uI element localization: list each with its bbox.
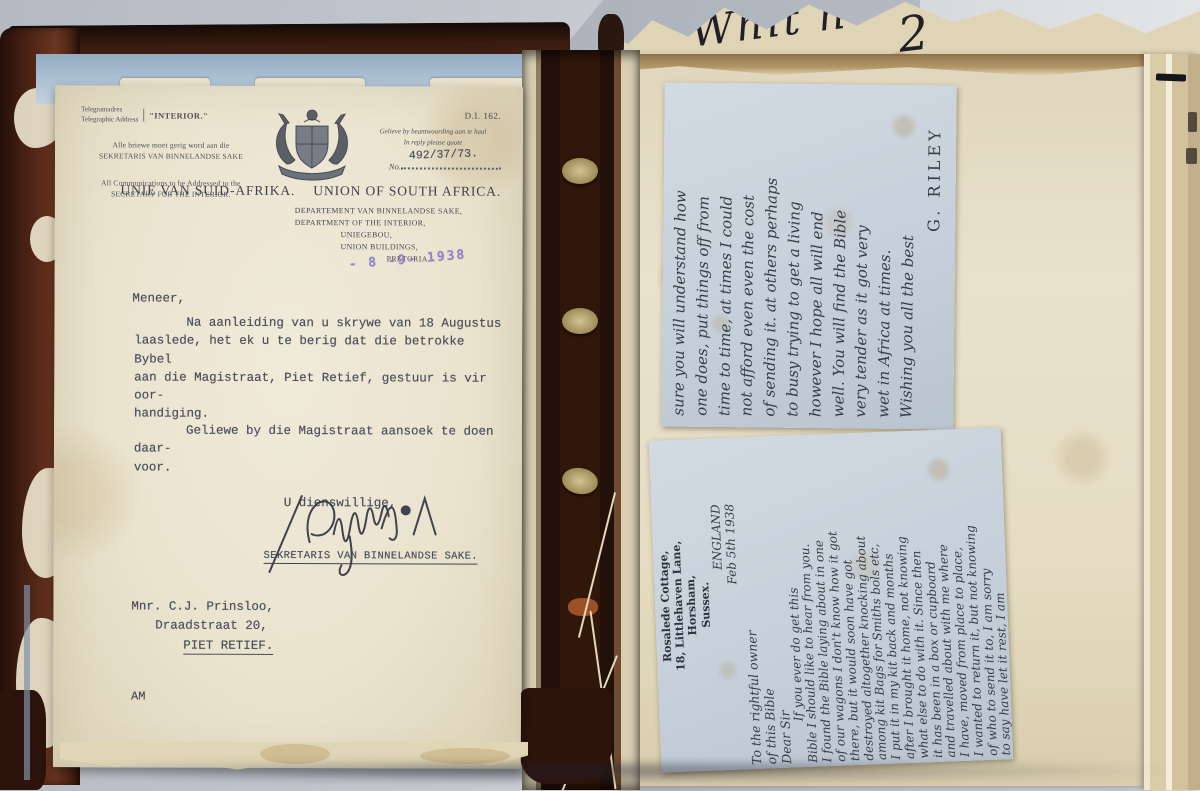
building-afrikaans: UNIEGEBOU, <box>341 229 463 242</box>
form-number: D.I. 162. <box>465 111 502 121</box>
handwritten-letter-page-1: Rosalede Cottage, 18, Littlehaven Lane, … <box>649 427 1013 772</box>
typed-letter-page: Telegramadres Telegraphic Address | "INT… <box>53 85 523 769</box>
ink-smudge <box>1186 148 1197 164</box>
telegram-value: "INTERIOR." <box>149 110 208 120</box>
letter-signature: G. RILEY <box>920 96 948 418</box>
dept-afrikaans: DEPARTEMENT VAN BINNELANDSE SAKE, <box>295 205 463 218</box>
title-afrikaans: UNIE VAN SUID-AFRIKA. <box>120 182 295 199</box>
handwritten-text-rotated: Rosalede Cottage, 18, Littlehaven Lane, … <box>653 432 1009 769</box>
address-note-afrikaans: Alle briewe moet gerig word aan die SEKR… <box>63 139 279 162</box>
signature-block: SEKRETARIS VAN BINNELANDSE SAKE. <box>247 480 503 585</box>
body-paragraph-1: Na aanleiding van u skrywe van 18 August… <box>134 313 506 424</box>
blue-page-edge-sliver <box>24 585 30 780</box>
ink-mark <box>1156 73 1186 81</box>
twine-knot <box>562 158 598 184</box>
signature-scrawl <box>247 480 503 585</box>
letterhead-title: UNIE VAN SUID-AFRIKA. UNION OF SOUTH AFR… <box>55 182 523 200</box>
brace-glyph: | <box>142 107 145 123</box>
reference-number-line: No. 492/37/73. <box>389 156 515 176</box>
reference-number: 492/37/73. <box>409 147 478 162</box>
handwritten-text-rotated: sure you will understand how one does, p… <box>667 94 950 419</box>
letter-body: sure you will understand how one does, p… <box>667 94 921 419</box>
reply-note-af: Gelieve by beantwoording aan te haal <box>353 126 513 137</box>
ink-smudge <box>1188 112 1197 132</box>
salutation: Meneer, <box>132 291 185 305</box>
title-english: UNION OF SOUTH AFRICA. <box>313 183 501 200</box>
twine-knot <box>560 465 600 497</box>
recipient-street: Draadstraat 20, <box>155 617 274 637</box>
handwritten-letter-page-2: sure you will understand how one does, p… <box>661 82 957 429</box>
photo-of-open-scrapbook: Whit h 2 Telegramadres Telegraphic Addre… <box>0 0 1200 791</box>
reply-note: Gelieve by beantwoording aan te haal In … <box>353 126 513 148</box>
no-label: No. <box>389 161 401 171</box>
tape-stain <box>260 744 330 764</box>
telegram-label-af: Telegramadres <box>81 105 138 115</box>
book-spine <box>522 50 640 790</box>
dept-english: DEPARTMENT OF THE INTERIOR, <box>295 217 463 230</box>
body-paragraph-2: Geliewe by die Magistraat aansoek te doe… <box>134 421 506 477</box>
recipient-address: Mnr. C.J. Prinsloo, Draadstraat 20, PIET… <box>131 597 274 656</box>
coat-of-arms-emblem <box>257 102 367 184</box>
recipient-name: Mnr. C.J. Prinsloo, <box>131 597 274 617</box>
recipient-town: PIET RETIEF. <box>183 638 273 654</box>
twine-knot <box>562 308 598 334</box>
telegraphic-address-block: Telegramadres Telegraphic Address | "INT… <box>81 105 208 125</box>
letter-body: If you ever do get this Bible I should l… <box>781 431 1014 763</box>
book-drop-shadow <box>30 762 1170 784</box>
signature-title: SEKRETARIS VAN BINNELANDSE SAKE. <box>264 550 478 565</box>
stacked-page-edges <box>1144 54 1200 790</box>
typist-initials: AM <box>131 689 145 703</box>
binding-string <box>578 492 616 638</box>
telegram-label-en: Telegraphic Address <box>81 115 138 125</box>
reply-note-en: In reply please quote <box>353 137 513 148</box>
